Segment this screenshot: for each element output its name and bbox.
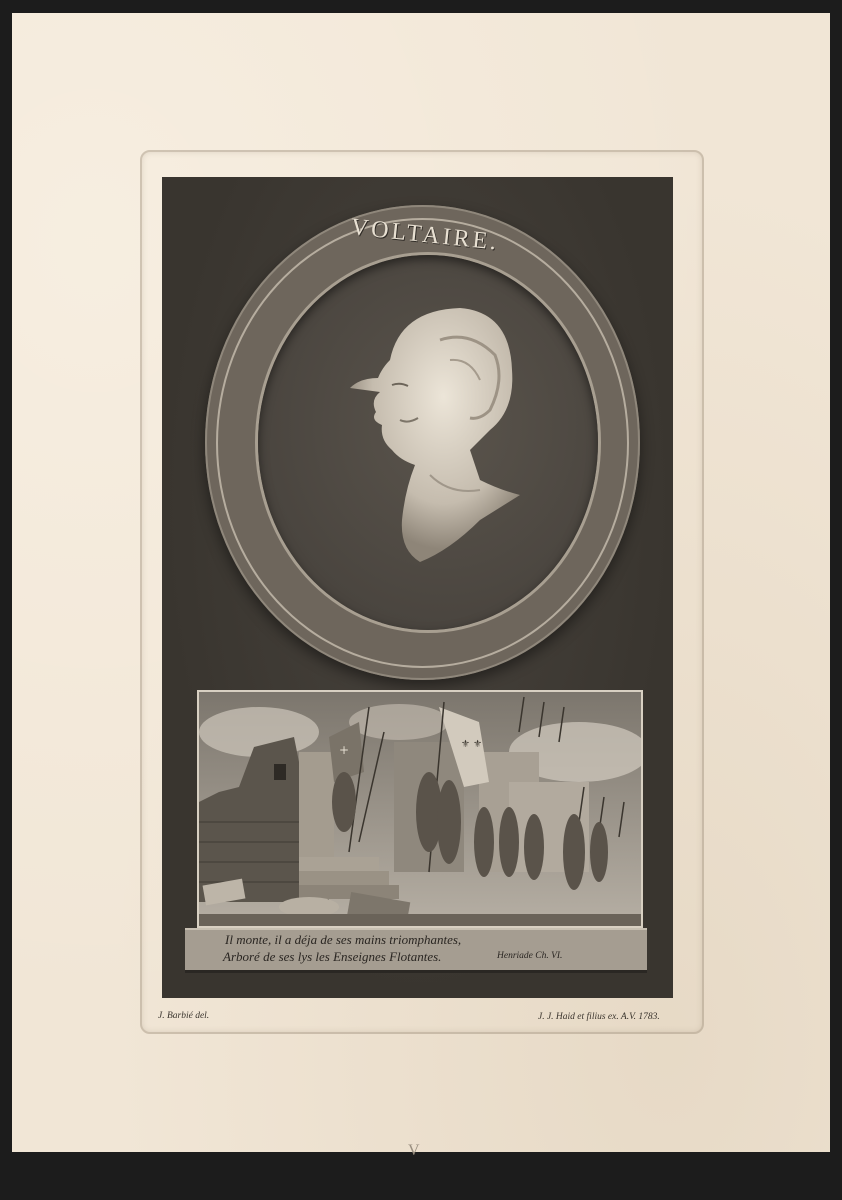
caption-source: Henriade Ch. VI. xyxy=(497,951,562,961)
svg-text:+: + xyxy=(339,743,349,757)
caption-panel: Il monte, il a déja de ses mains triomph… xyxy=(185,928,647,970)
caption-line-2: Arboré de ses lys les Enseignes Flotante… xyxy=(223,949,441,965)
designer-credit: J. Barbié del. xyxy=(158,1011,209,1021)
battle-scene-vignette: ⚜ ⚜ + xyxy=(197,690,643,928)
pencil-mark: V xyxy=(408,1142,420,1160)
svg-text:⚜ ⚜: ⚜ ⚜ xyxy=(461,739,482,750)
caption-line-1: Il monte, il a déja de ses mains triomph… xyxy=(225,932,461,948)
voltaire-profile-bust xyxy=(330,300,530,580)
battle-scene-illustration: ⚜ ⚜ + xyxy=(199,692,643,928)
publisher-credit: J. J. Haid et filius ex. A.V. 1783. xyxy=(538,1012,660,1022)
